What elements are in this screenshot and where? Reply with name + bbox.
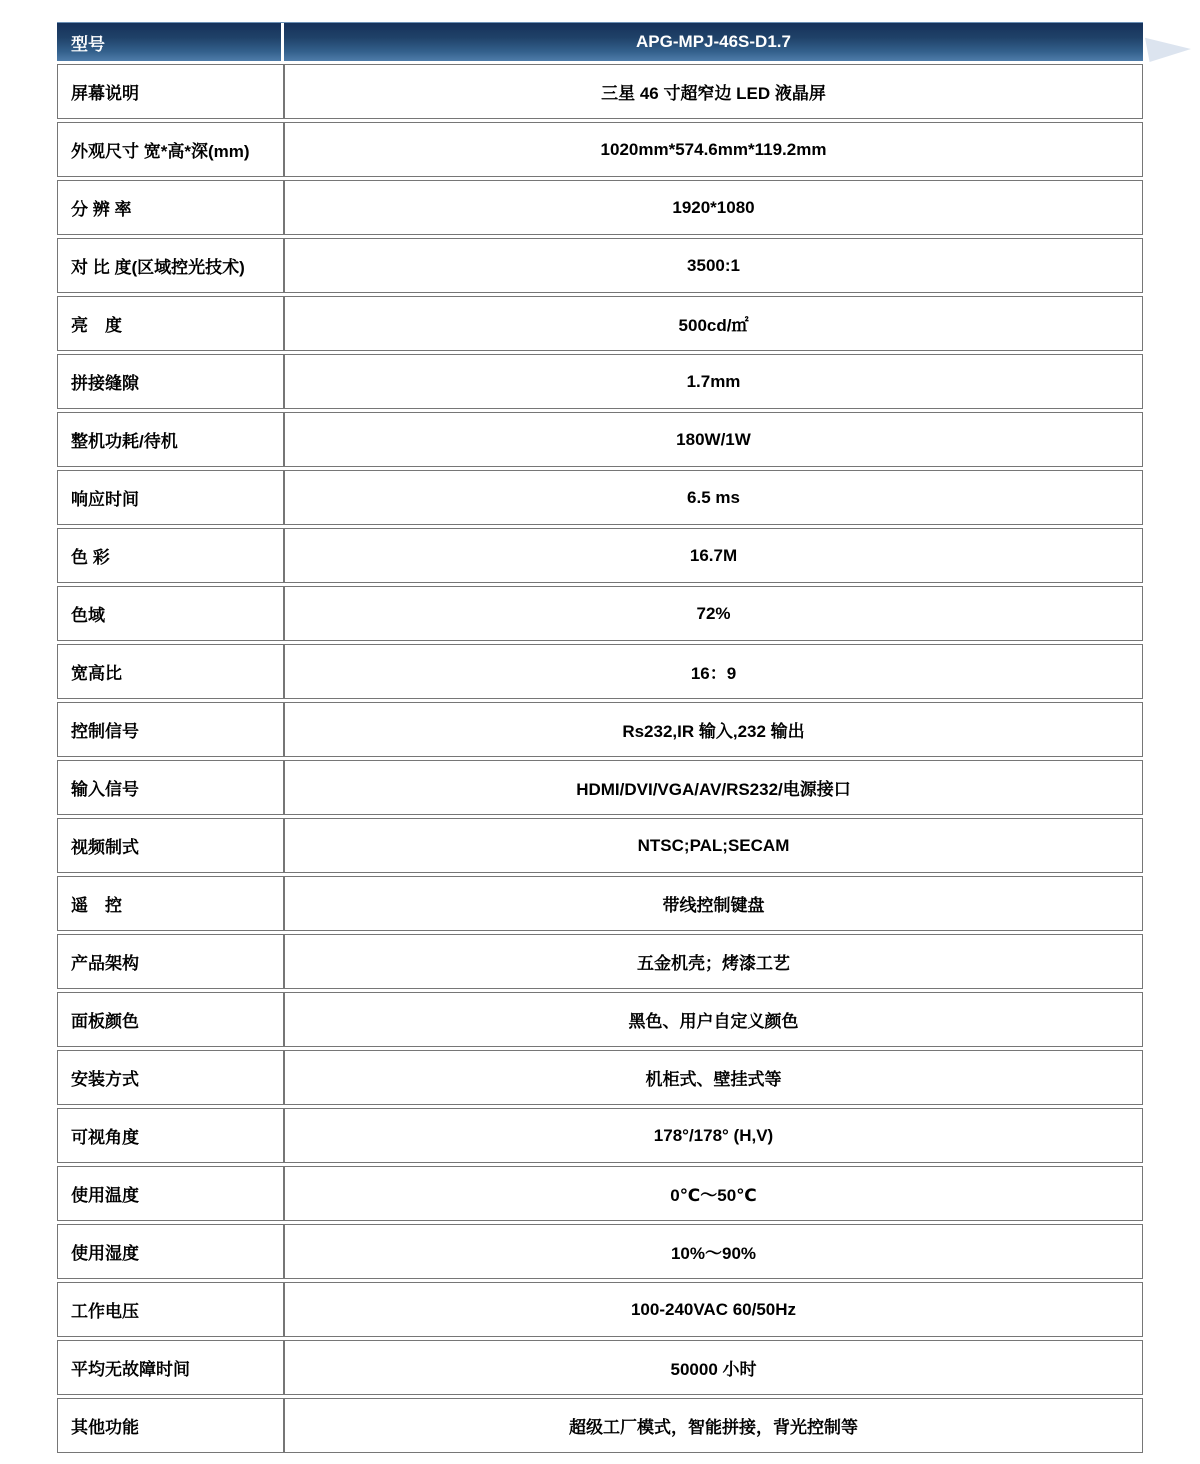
spec-label: 遥 控 xyxy=(57,876,284,931)
spec-value: 带线控制键盘 xyxy=(284,876,1143,931)
spec-value: 1020mm*574.6mm*119.2mm xyxy=(284,122,1143,177)
spec-label: 面板颜色 xyxy=(57,992,284,1047)
spec-value: 五金机壳；烤漆工艺 xyxy=(284,934,1143,989)
table-row: 面板颜色黑色、用户自定义颜色 xyxy=(57,992,1143,1047)
spec-label: 外观尺寸 宽*高*深(mm) xyxy=(57,122,284,177)
spec-label: 亮 度 xyxy=(57,296,284,351)
table-row: 使用温度0℃～50℃ xyxy=(57,1166,1143,1221)
spec-value: 机柜式、壁挂式等 xyxy=(284,1050,1143,1105)
spec-value: 6.5 ms xyxy=(284,470,1143,525)
spec-label: 控制信号 xyxy=(57,702,284,757)
spec-label: 整机功耗/待机 xyxy=(57,412,284,467)
table-row: 其他功能超级工厂模式，智能拼接，背光控制等 xyxy=(57,1398,1143,1453)
spec-value: 180W/1W xyxy=(284,412,1143,467)
table-row: 整机功耗/待机180W/1W xyxy=(57,412,1143,467)
table-row: 遥 控带线控制键盘 xyxy=(57,876,1143,931)
spec-label: 输入信号 xyxy=(57,760,284,815)
spec-value: 黑色、用户自定义颜色 xyxy=(284,992,1143,1047)
spec-label: 工作电压 xyxy=(57,1282,284,1337)
spec-value: Rs232,IR 输入,232 输出 xyxy=(284,702,1143,757)
table-row: 色域72% xyxy=(57,586,1143,641)
spec-value: 72% xyxy=(284,586,1143,641)
table-row: 色 彩16.7M xyxy=(57,528,1143,583)
spec-value: 3500:1 xyxy=(284,238,1143,293)
spec-label: 宽高比 xyxy=(57,644,284,699)
table-row: 屏幕说明三星 46 寸超窄边 LED 液晶屏 xyxy=(57,64,1143,119)
spec-value: HDMI/DVI/VGA/AV/RS232/电源接口 xyxy=(284,760,1143,815)
spec-label: 拼接缝隙 xyxy=(57,354,284,409)
spec-value: 1.7mm xyxy=(284,354,1143,409)
table-row: 响应时间6.5 ms xyxy=(57,470,1143,525)
spec-value: 三星 46 寸超窄边 LED 液晶屏 xyxy=(284,64,1143,119)
spec-value: 超级工厂模式，智能拼接，背光控制等 xyxy=(284,1398,1143,1453)
table-row: 拼接缝隙1.7mm xyxy=(57,354,1143,409)
spec-label: 色域 xyxy=(57,586,284,641)
table-row: 分 辨 率1920*1080 xyxy=(57,180,1143,235)
spec-label: 响应时间 xyxy=(57,470,284,525)
spec-label: 可视角度 xyxy=(57,1108,284,1163)
table-row: 宽高比16：9 xyxy=(57,644,1143,699)
model-header-value: APG-MPJ-46S-D1.7 xyxy=(284,23,1143,61)
table-row: 控制信号Rs232,IR 输入,232 输出 xyxy=(57,702,1143,757)
spec-table: 屏幕说明三星 46 寸超窄边 LED 液晶屏外观尺寸 宽*高*深(mm)1020… xyxy=(57,61,1143,1456)
spec-label: 分 辨 率 xyxy=(57,180,284,235)
product-spec-sheet: 型号 APG-MPJ-46S-D1.7 屏幕说明三星 46 寸超窄边 LED 液… xyxy=(57,22,1143,1456)
spec-label: 使用湿度 xyxy=(57,1224,284,1279)
spec-value: 10%～90% xyxy=(284,1224,1143,1279)
ribbon-corner-decoration xyxy=(1145,35,1191,62)
spec-value: 1920*1080 xyxy=(284,180,1143,235)
spec-label: 产品架构 xyxy=(57,934,284,989)
spec-value: NTSC;PAL;SECAM xyxy=(284,818,1143,873)
spec-label: 使用温度 xyxy=(57,1166,284,1221)
spec-label: 色 彩 xyxy=(57,528,284,583)
spec-label: 其他功能 xyxy=(57,1398,284,1453)
spec-label: 视频制式 xyxy=(57,818,284,873)
spec-value: 0℃～50℃ xyxy=(284,1166,1143,1221)
table-row: 使用湿度10%～90% xyxy=(57,1224,1143,1279)
spec-value: 500cd/㎡ xyxy=(284,296,1143,351)
spec-value: 16.7M xyxy=(284,528,1143,583)
table-row: 可视角度178°/178° (H,V) xyxy=(57,1108,1143,1163)
table-row: 外观尺寸 宽*高*深(mm)1020mm*574.6mm*119.2mm xyxy=(57,122,1143,177)
model-header-bar: 型号 APG-MPJ-46S-D1.7 xyxy=(57,22,1143,61)
spec-label: 平均无故障时间 xyxy=(57,1340,284,1395)
spec-value: 178°/178° (H,V) xyxy=(284,1108,1143,1163)
spec-label: 对 比 度(区域控光技术) xyxy=(57,238,284,293)
table-row: 产品架构五金机壳；烤漆工艺 xyxy=(57,934,1143,989)
table-row: 对 比 度(区域控光技术)3500:1 xyxy=(57,238,1143,293)
spec-value: 16：9 xyxy=(284,644,1143,699)
table-row: 视频制式NTSC;PAL;SECAM xyxy=(57,818,1143,873)
table-row: 平均无故障时间50000 小时 xyxy=(57,1340,1143,1395)
table-row: 工作电压100-240VAC 60/50Hz xyxy=(57,1282,1143,1337)
spec-value: 50000 小时 xyxy=(284,1340,1143,1395)
table-row: 输入信号HDMI/DVI/VGA/AV/RS232/电源接口 xyxy=(57,760,1143,815)
spec-value: 100-240VAC 60/50Hz xyxy=(284,1282,1143,1337)
spec-label: 屏幕说明 xyxy=(57,64,284,119)
spec-table-body: 屏幕说明三星 46 寸超窄边 LED 液晶屏外观尺寸 宽*高*深(mm)1020… xyxy=(57,64,1143,1453)
model-header-label: 型号 xyxy=(57,23,284,61)
table-row: 安装方式机柜式、壁挂式等 xyxy=(57,1050,1143,1105)
table-row: 亮 度500cd/㎡ xyxy=(57,296,1143,351)
spec-label: 安装方式 xyxy=(57,1050,284,1105)
